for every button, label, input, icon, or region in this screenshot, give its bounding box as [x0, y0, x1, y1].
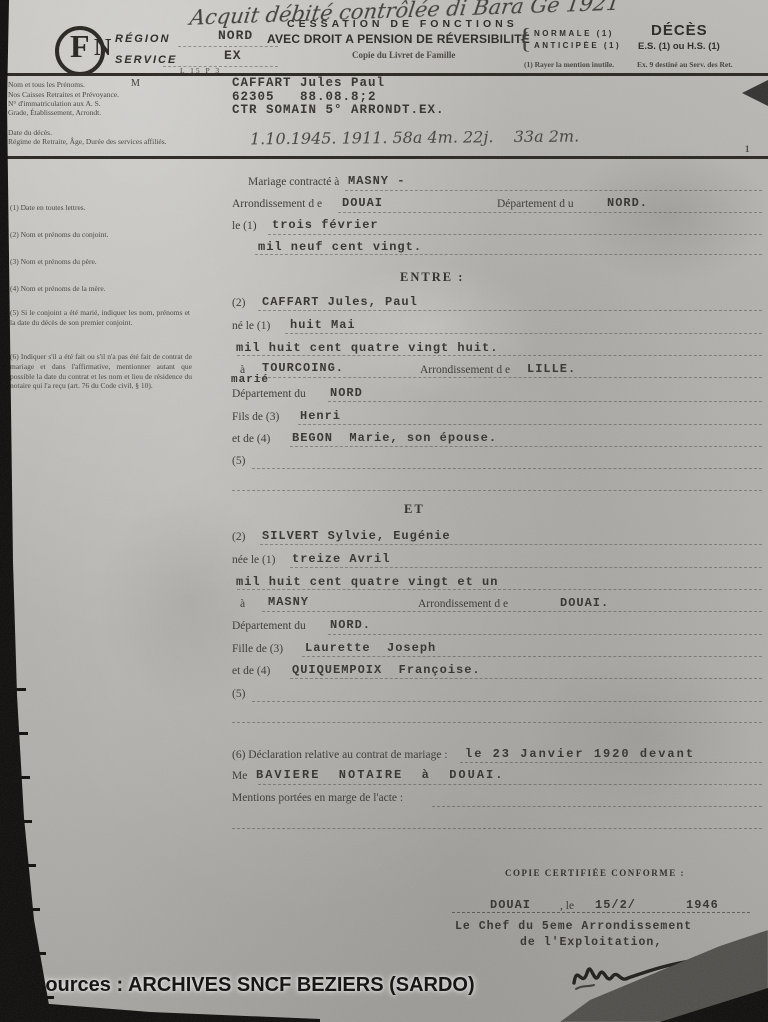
sncf-logo-letter-n: N [94, 35, 111, 62]
brace-glyph: { [518, 24, 531, 56]
divider-line [0, 156, 768, 159]
footnote-6: (6) Indiquer s'il a été fait ou s'il n'a… [10, 352, 192, 391]
spouse2-note5: (5) [232, 688, 245, 700]
entre-heading: ENTRE : [400, 270, 464, 285]
agent-name: CAFFART Jules Paul [232, 76, 385, 90]
spouse1-arr-value: LILLE. [527, 362, 576, 376]
agent-affectation: CTR SOMAIN 5° ARRONDT.EX. [232, 103, 445, 117]
pension-normale: NORMALE (1) [534, 29, 614, 38]
departement-label: Département d u [497, 198, 574, 210]
declaration-value-1: le 23 Janvier 1920 devant [465, 747, 695, 761]
binding-tick [0, 688, 26, 691]
title-cessation: CESSATION DE FONCTIONS [287, 18, 518, 30]
spouse1-arr-label: Arrondissement d e [420, 364, 510, 376]
civilite-m: M [131, 78, 140, 89]
dotted-rule [258, 377, 762, 378]
dotted-rule [260, 544, 762, 545]
label-regime: Régime de Retraite, Âge, Durée des servi… [8, 137, 168, 147]
handwritten-dates: 1.10.1945. 1911. 58a 4m. 22j. 33a 2m. [250, 127, 579, 149]
binding-tick [0, 776, 30, 779]
et-heading: ET [404, 502, 425, 517]
sncf-logo-letter-f: F [70, 28, 90, 65]
region-value: NORD [218, 28, 253, 43]
spouse2-dept-label: Département du [232, 620, 306, 632]
declaration-value-2: BAVIERE NOTAIRE à DOUAI. [256, 768, 504, 782]
dotted-rule [232, 828, 762, 829]
label-nom: Nom et tous les Prénoms. [8, 80, 85, 90]
spouse1-birthplace: TOURCOING. [262, 361, 344, 375]
spouse2-dept-value: NORD. [330, 618, 371, 632]
certification-place: DOUAI [490, 898, 531, 912]
sources-caption: Sources : ARCHIVES SNCF BEZIERS (SARDO) [32, 974, 475, 997]
spouse2-father: Laurette Joseph [305, 641, 436, 655]
binding-tick [0, 952, 46, 955]
certification-year: 1946 [686, 898, 719, 912]
binding-tick [0, 908, 40, 911]
spouse1-born-year: mil huit cent quatre vingt huit. [236, 341, 498, 355]
certification-date: 15/2/ [595, 898, 636, 912]
departement-value: NORD. [607, 196, 648, 210]
spouse1-father-label: Fils de (3) [232, 411, 279, 423]
mentions-label: Mentions portées en marge de l'acte : [232, 792, 403, 804]
dotted-rule [237, 589, 762, 590]
footnote-5: (5) Si le conjoint a été marié, indiquer… [10, 308, 190, 328]
service-label: SERVICE [115, 54, 177, 66]
subtitle-livret: Copie du Livret de Famille [352, 50, 455, 60]
dotted-rule [252, 701, 762, 702]
spouse2-num: (2) [232, 531, 245, 543]
paper-stain [560, 140, 768, 290]
dotted-rule [290, 678, 762, 679]
arrondissement-value: DOUAI [342, 196, 383, 210]
footnote-3: (3) Nom et prénoms du père. [10, 257, 97, 267]
copie-certifiee-heading: COPIE CERTIFIÉE CONFORME : [505, 868, 685, 878]
dotted-rule [345, 190, 762, 191]
footnote-1: (1) Date en toutes lettres. [10, 203, 86, 213]
spouse2-born-label: née le (1) [232, 554, 275, 566]
note-rayer: (1) Rayer la mention inutile. [524, 60, 614, 70]
dotted-rule [232, 722, 762, 723]
spouse1-dept-value: NORD [330, 386, 363, 400]
spouse2-mother: QUIQUEMPOIX Françoise. [292, 663, 481, 677]
certification-le: , le [560, 900, 574, 912]
dotted-rule [328, 401, 762, 402]
dotted-rule [268, 234, 762, 235]
spouse2-born-year: mil huit cent quatre vingt et un [236, 575, 498, 589]
dotted-rule [328, 634, 762, 635]
dotted-rule [237, 355, 762, 356]
spouse2-birthplace: MASNY [268, 595, 309, 609]
spouse1-father: Henri [300, 409, 341, 423]
signer-title-1: Le Chef du 5eme Arrondissement [455, 920, 692, 933]
dotted-rule [262, 611, 762, 612]
agent-matricules: 62305 88.08.8;2 [232, 90, 377, 104]
binding-tick [0, 864, 36, 867]
title-pension: AVEC DROIT A PENSION DE RÉVERSIBILITÉ [267, 32, 530, 46]
spouse1-born-label: né le (1) [232, 320, 270, 332]
spouse2-a-label: à [240, 598, 245, 610]
date-label: le (1) [232, 220, 257, 232]
date-value-2: mil neuf cent vingt. [258, 240, 422, 254]
note-ex9: Ex. 9 destiné au Serv. des Ret. [637, 60, 733, 70]
spouse1-mother: BEGON Marie, son épouse. [292, 431, 497, 445]
dotted-rule [258, 310, 762, 311]
binding-tick [0, 996, 54, 999]
deces-detail: E.S. (1) ou H.S. (1) [638, 41, 720, 52]
dotted-rule [258, 784, 762, 785]
spouse2-father-label: Fille de (3) [232, 643, 283, 655]
mariage-lieu-value: MASNY - [348, 174, 405, 188]
dotted-rule [255, 254, 762, 255]
spouse2-name: SILVERT Sylvie, Eugénie [262, 529, 451, 543]
dotted-rule [298, 424, 762, 425]
spouse2-arr-value: DOUAI. [560, 596, 609, 610]
spouse1-name: CAFFART Jules, Paul [262, 295, 418, 309]
deces-label: DÉCÈS [651, 22, 708, 39]
dotted-rule [290, 567, 762, 568]
paper-stain [90, 480, 290, 720]
spouse1-mother-label: et de (4) [232, 433, 270, 445]
dotted-rule [178, 46, 278, 47]
dotted-rule [285, 333, 762, 334]
spouse1-born-value: huit Mai [290, 318, 356, 332]
dotted-rule [302, 656, 762, 657]
spouse2-arr-label: Arrondissement d e [418, 598, 508, 610]
notary-prefix: Me [232, 770, 247, 782]
scanned-document-page: Acquit débité contrôlée di Bara Ge 1921 … [0, 0, 768, 1022]
spouse2-mother-label: et de (4) [232, 665, 270, 677]
scan-edge-left [0, 0, 70, 1022]
label-grade: Grade, Établissement, Arrondt. [8, 108, 101, 118]
dotted-rule [232, 490, 762, 491]
paper-stain [520, 640, 760, 840]
dotted-rule [460, 762, 762, 763]
dotted-rule [432, 806, 762, 807]
mariage-contracte-label: Mariage contracté à [248, 176, 339, 188]
spouse1-dept-label: Département du [232, 388, 306, 400]
declaration-label: (6) Déclaration relative au contrat de m… [232, 749, 448, 761]
scan-notch-right [742, 80, 768, 106]
binding-tick [0, 820, 32, 823]
page-number: 1 [745, 144, 750, 156]
pension-anticipee: ANTICIPÉE (1) [534, 41, 621, 50]
dotted-rule [338, 212, 762, 213]
date-value: trois février [272, 218, 379, 232]
footnote-2: (2) Nom et prénoms du conjoint. [10, 230, 108, 240]
arrondissement-label: Arrondissement d e [232, 198, 322, 210]
service-value: EX [224, 48, 242, 63]
spouse2-born-value: treize Avril [292, 552, 390, 566]
region-label: RÉGION [115, 33, 170, 45]
spouse1-num: (2) [232, 297, 245, 309]
spouse1-note5: (5) [232, 455, 245, 467]
dotted-rule [252, 468, 762, 469]
dotted-rule [452, 912, 750, 913]
spouse1-marital-status: marié [231, 374, 269, 386]
dotted-rule [290, 446, 762, 447]
binding-tick [0, 732, 28, 735]
footnote-4: (4) Nom et prénoms de la mère. [10, 284, 106, 294]
